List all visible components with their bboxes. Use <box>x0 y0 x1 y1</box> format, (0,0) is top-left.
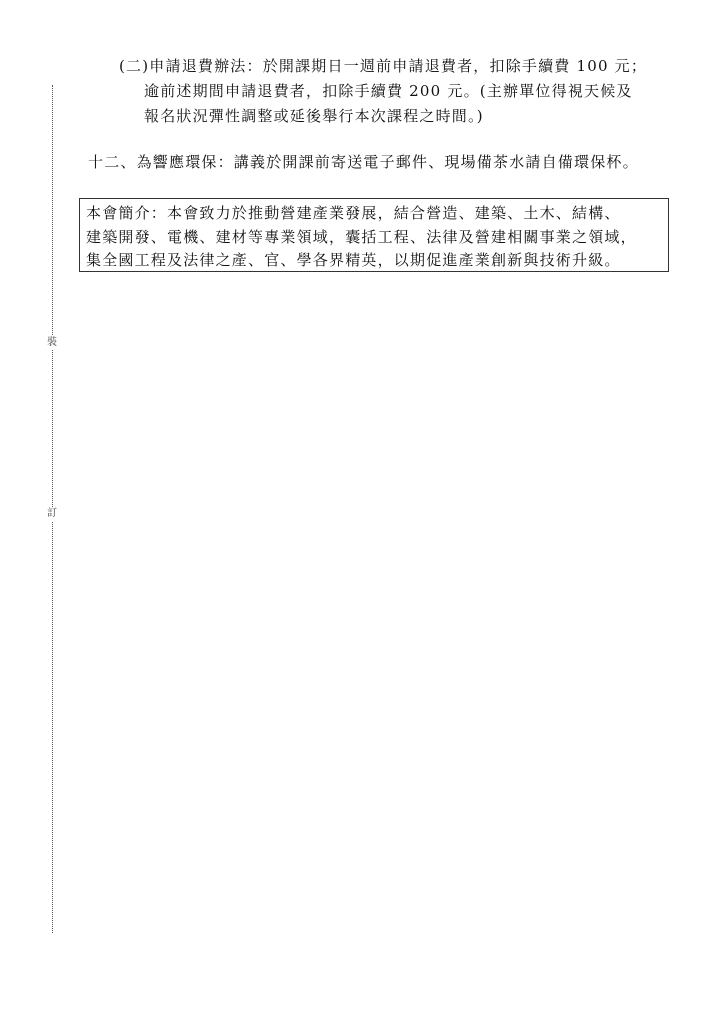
intro-line-1: 本會簡介：本會致力於推動營建產業發展，結合營造、建築、土木、結構、 <box>86 202 668 226</box>
eco-notice-paragraph: 十二、為響應環保：講義於開課前寄送電子郵件、現場備茶水請自備環保杯。 <box>88 150 639 175</box>
binding-mark-ding: 訂 <box>44 507 60 521</box>
binding-mark-zhuang: 裝 <box>44 336 60 350</box>
eco-notice-line: 十二、為響應環保：講義於開課前寄送電子郵件、現場備茶水請自備環保杯。 <box>88 150 639 175</box>
refund-policy-line-1: (二)申請退費辦法：於開課期日一週前申請退費者，扣除手續費 100 元； <box>119 54 647 79</box>
association-intro-box: 本會簡介：本會致力於推動營建產業發展，結合營造、建築、土木、結構、 建築開發、電… <box>79 198 669 272</box>
refund-policy-line-2: 逾前述期間申請退費者，扣除手續費 200 元。(主辦單位得視天候及 <box>119 79 647 104</box>
intro-line-2: 建築開發、電機、建材等專業領域，囊括工程、法律及營建相關事業之領域， <box>86 226 668 250</box>
intro-line-3: 集全國工程及法律之產、官、學各界精英，以期促進產業創新與技術升級。 <box>86 249 668 273</box>
refund-policy-line-3: 報名狀況彈性調整或延後舉行本次課程之時間。) <box>119 104 647 129</box>
refund-policy-paragraph: (二)申請退費辦法：於開課期日一週前申請退費者，扣除手續費 100 元； 逾前述… <box>119 54 647 129</box>
